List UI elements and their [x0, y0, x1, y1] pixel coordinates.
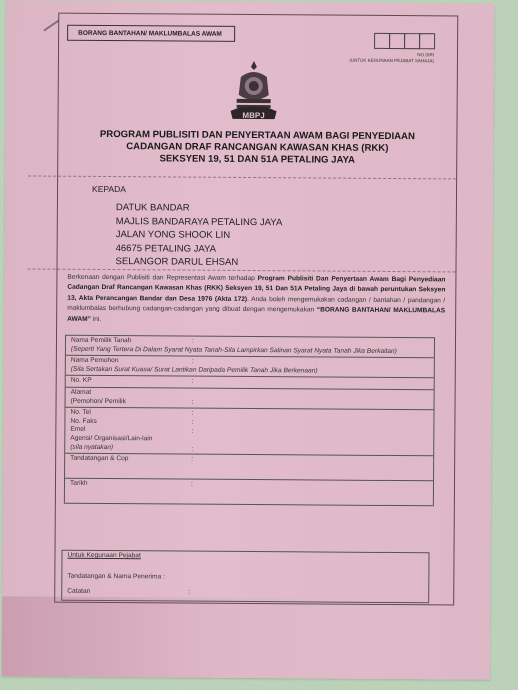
- serial-box[interactable]: [374, 33, 390, 49]
- serial-box[interactable]: [404, 33, 420, 49]
- address-line: MAJLIS BANDARAYA PETALING JAYA: [116, 215, 283, 230]
- row-signature[interactable]: Tandatangan & Cop :: [65, 454, 433, 482]
- office-use-box: Untuk Kegunaan Pejabat Tandatangan & Nam…: [61, 550, 429, 604]
- address-line: JALAN YONG SHOOK LIN: [116, 228, 283, 243]
- row-address[interactable]: Alamat (Pemohon/ Pemilik :: [66, 388, 434, 411]
- intro-paragraph: Berkenaan dengan Publisiti dan Represent…: [67, 273, 445, 328]
- row-land-owner[interactable]: Nama Pemilik Tanah : (Seperti Yang Terte…: [66, 336, 434, 359]
- pen-mark: [43, 20, 59, 31]
- address-line: SELANGOR DARUL EHSAN: [115, 255, 282, 270]
- field-note: (Seperti Yang Tertera Di Dalam Syarat Ny…: [71, 345, 429, 356]
- field-note: (Sila Sertakan Surat Kuasa/ Surat Lantik…: [71, 366, 429, 377]
- row-applicant-name[interactable]: Nama Pemohon : (Sila Sertakan Surat Kuas…: [66, 356, 434, 379]
- recipient-address: DATUK BANDAR MAJLIS BANDARAYA PETALING J…: [115, 201, 282, 270]
- row-date[interactable]: Tarikh :: [65, 479, 433, 506]
- receiver-signature-field[interactable]: Tandatangan & Nama Penerima :: [67, 573, 165, 581]
- applicant-form-table: Nama Pemilik Tanah : (Seperti Yang Terte…: [64, 335, 435, 507]
- serial-box[interactable]: [419, 33, 435, 49]
- title-line-3: SEKSYEN 19, 51 DAN 51A PETALING JAYA: [58, 153, 456, 168]
- kepada-label: KEPADA: [92, 184, 126, 194]
- notes-field[interactable]: Catatan: [67, 588, 90, 595]
- serial-box[interactable]: [389, 33, 405, 49]
- svg-text:MBPJ: MBPJ: [242, 111, 264, 120]
- mbpj-crest-icon: MBPJ: [227, 59, 281, 121]
- serial-note: (UNTUK KEGUNAAN PEJABAT SAHAJA): [349, 58, 434, 65]
- field-label: Tarikh: [70, 480, 428, 491]
- divider: [28, 175, 456, 179]
- page-title: PROGRAM PUBLISITI DAN PENYERTAAN AWAM BA…: [58, 129, 456, 168]
- address-line: 46675 PETALING JAYA: [116, 242, 283, 257]
- field-label: (Pemohon/ Pemilik: [71, 397, 429, 408]
- form-paper: BORANG BANTAHAN/ MAKLUMBALAS AWAM NO.SIR…: [2, 0, 495, 679]
- row-contact[interactable]: No. Tel No. Faks Emel Agensi/ Organisasi…: [65, 408, 433, 457]
- office-use-header: Untuk Kegunaan Pejabat: [67, 552, 140, 560]
- field-note: (sila nyatakan): [70, 443, 428, 454]
- form-label: BORANG BANTAHAN/ MAKLUMBALAS AWAM: [67, 25, 235, 42]
- field-label: Tandatangan & Cop: [70, 455, 428, 466]
- address-line: DATUK BANDAR: [116, 201, 283, 216]
- form-frame: BORANG BANTAHAN/ MAKLUMBALAS AWAM NO.SIR…: [54, 13, 458, 606]
- field-label: No. KP: [71, 377, 429, 388]
- divider: [27, 268, 455, 272]
- serial-label: NO.SIRI (UNTUK KEGUNAAN PEJABAT SAHAJA): [349, 52, 434, 65]
- serial-number-boxes[interactable]: [375, 33, 435, 49]
